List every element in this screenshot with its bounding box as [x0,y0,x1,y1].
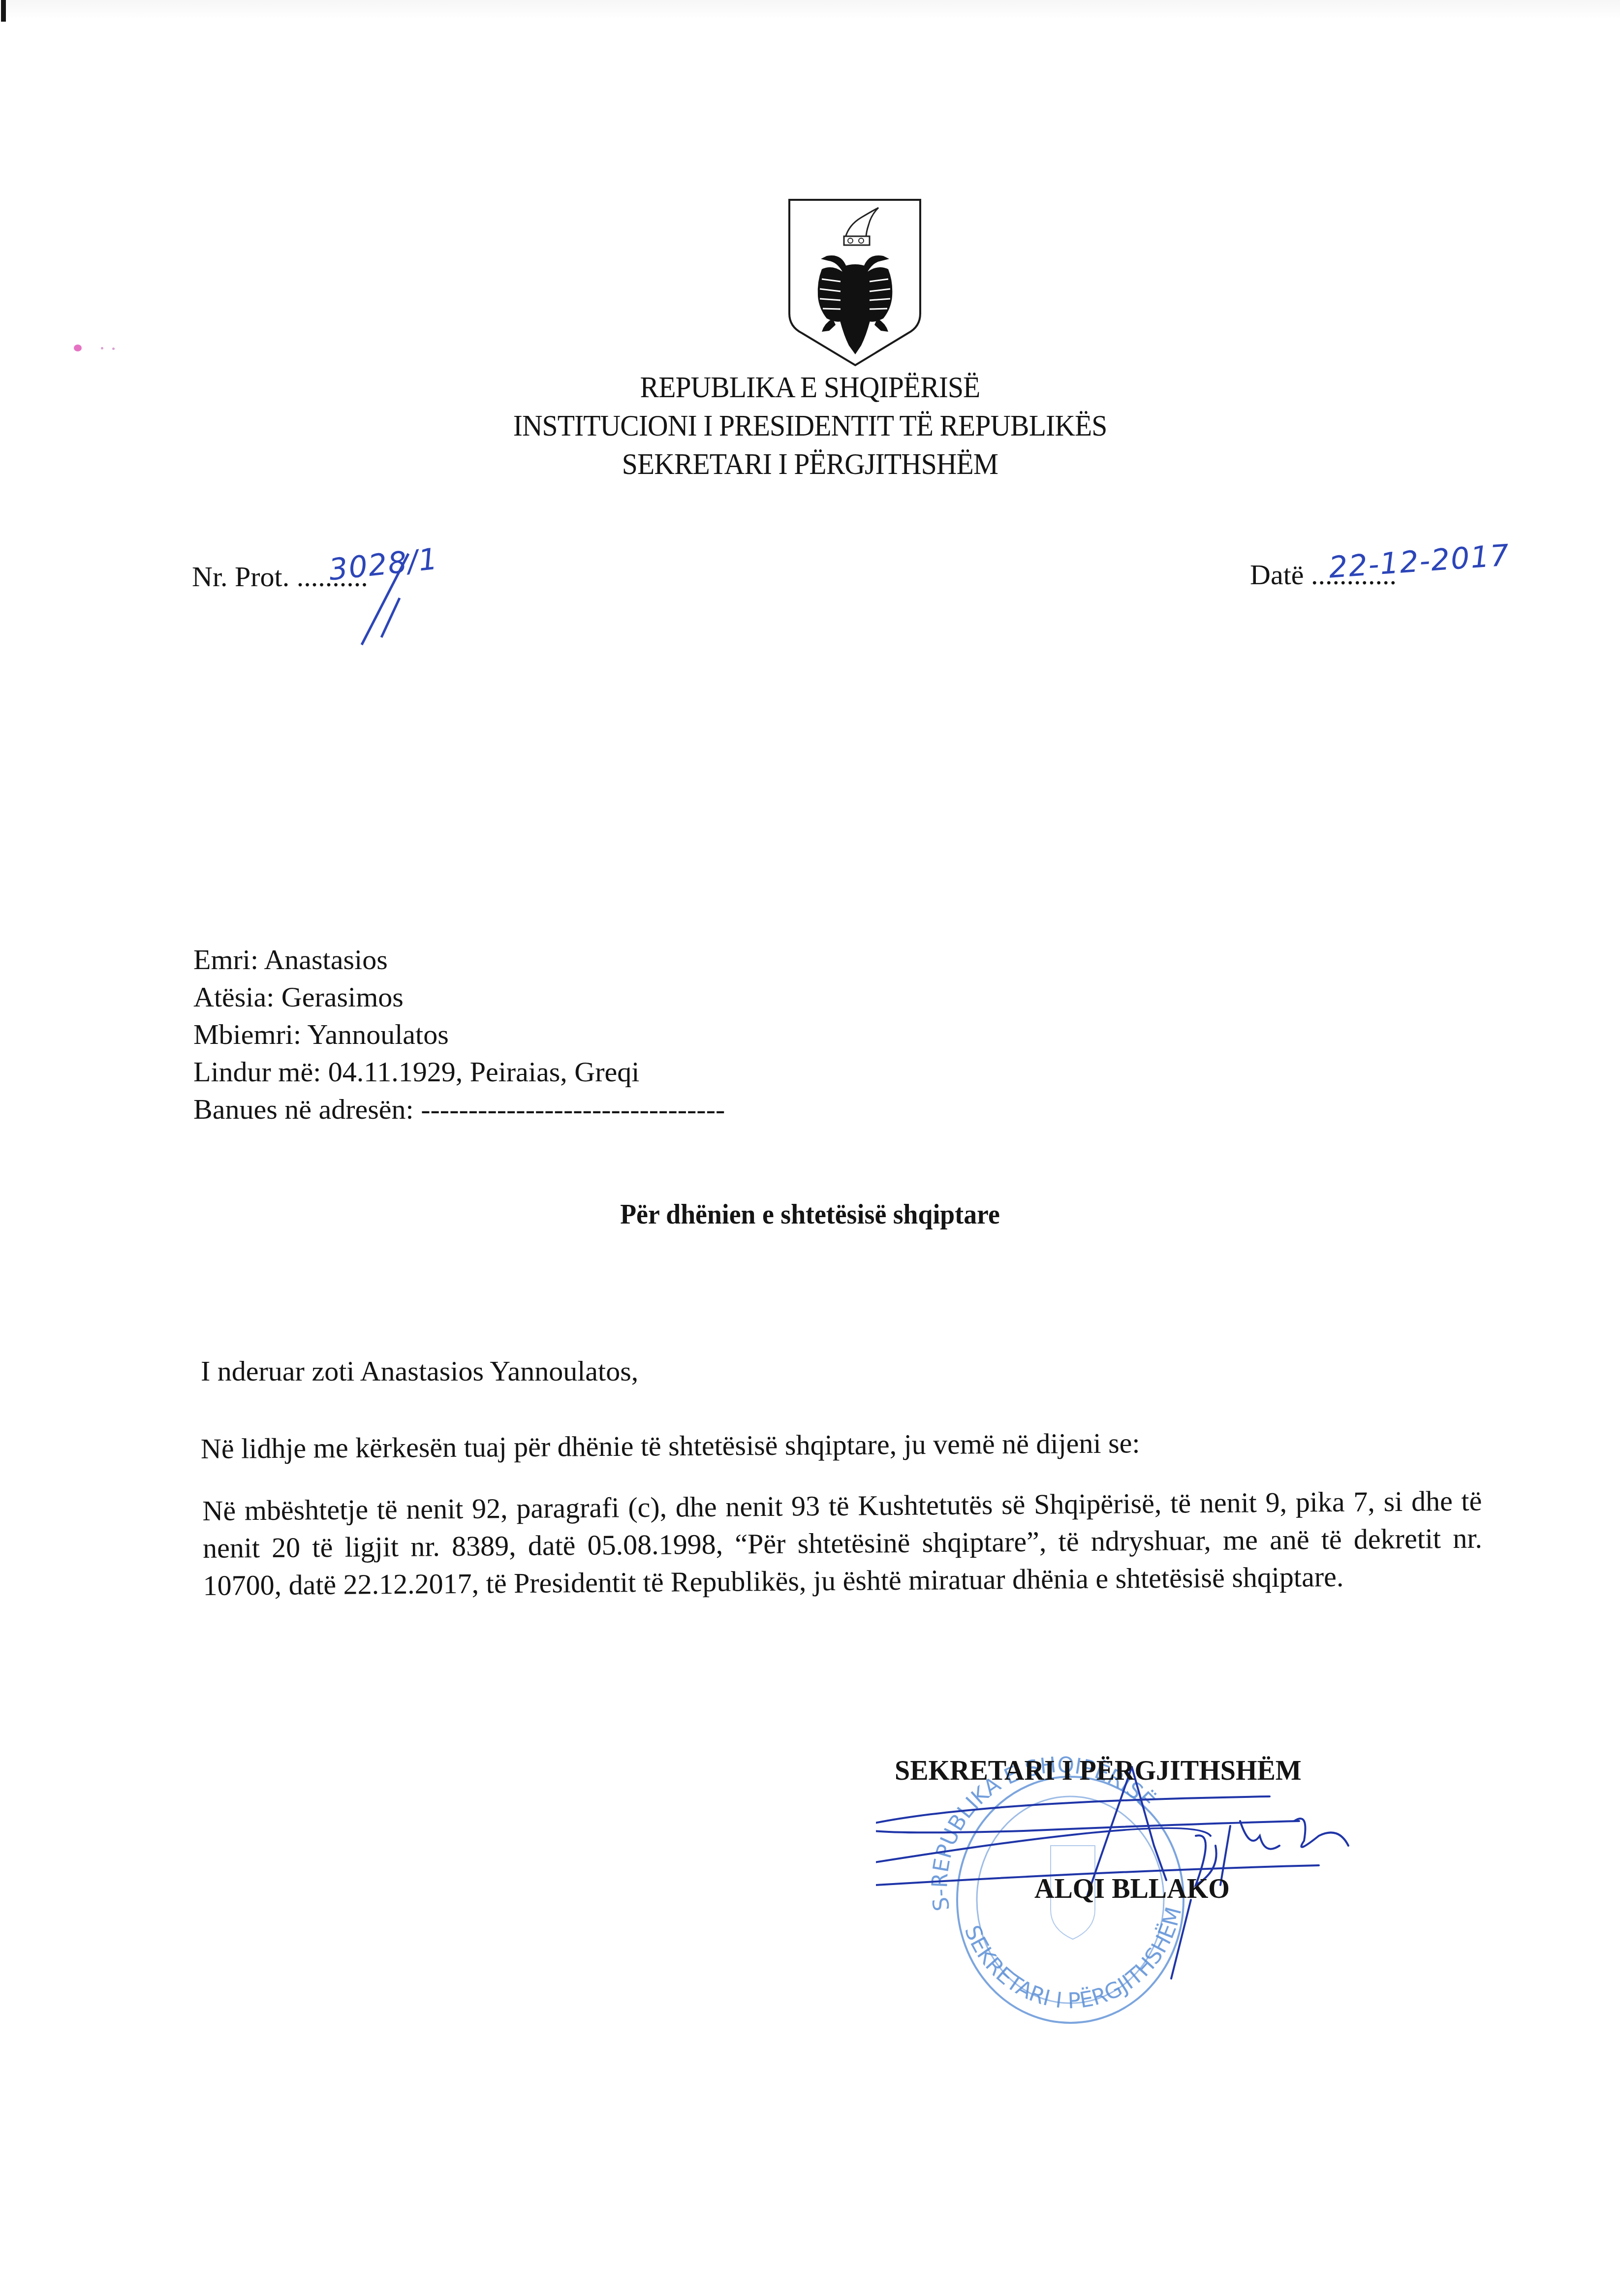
svg-text:SEKRETARI I PËRGJITHSHËM: SEKRETARI I PËRGJITHSHËM [959,1905,1186,2014]
body-paragraph: Në mbështetje të nenit 92, paragrafi (c)… [202,1482,1483,1604]
date-handwritten: 22-12-2017 [1328,538,1511,585]
handwritten-slash-mark [354,551,413,650]
recipient-details: Emri: Anastasios Atësia: Gerasimos Mbiem… [193,941,725,1128]
signatory-title: SEKRETARI I PËRGJITHSHËM [895,1755,1302,1787]
header-institution: INSTITUCIONI I PRESIDENTIT TË REPUBLIKËS [57,409,1563,443]
field-surname: Mbiemri: Yannoulatos [193,1016,725,1053]
header-department: SEKRETARI I PËRGJITHSHËM [57,447,1563,482]
field-birth: Lindur më: 04.11.1929, Peiraias, Greqi [193,1053,725,1091]
ink-spot [74,345,82,351]
signatory-name: ALQI BLLAKO [1034,1873,1230,1905]
ink-spot [101,347,103,349]
field-father-name: Atësia: Gerasimos [193,978,725,1016]
document-page: REPUBLIKA E SHQIPËRISË INSTITUCIONI I PR… [0,0,1620,2296]
field-first-name: Emri: Anastasios [193,941,725,978]
intro-paragraph: Në lidhje me kërkesën tuaj për dhënie të… [201,1426,1140,1465]
header-republic: REPUBLIKA E SHQIPËRISË [57,370,1563,405]
letter-subject: Për dhënien e shtetësisë shqiptare [32,1199,1588,1230]
scan-edge-mark [1,0,6,22]
coat-of-arms-icon [787,198,923,370]
salutation: I nderuar zoti Anastasios Yannoulatos, [201,1354,638,1387]
field-address: Banues në adresën: ---------------------… [193,1091,725,1128]
ink-spot [112,347,115,350]
scan-artifact [6,0,1620,20]
